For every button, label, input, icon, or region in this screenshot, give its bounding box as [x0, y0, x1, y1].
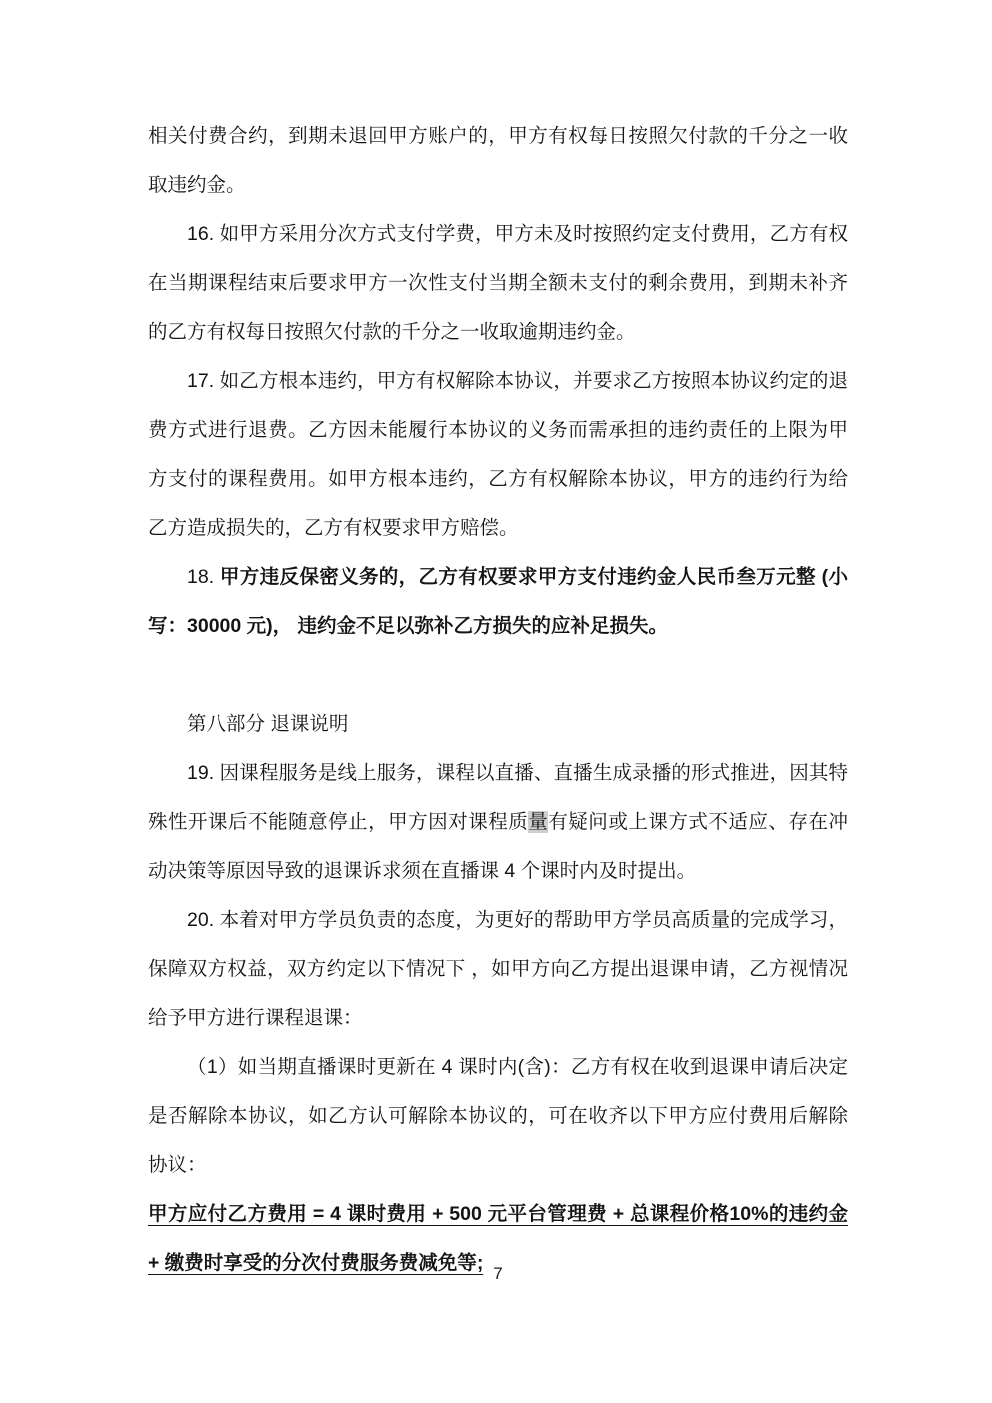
para-16: 16. 如甲方采用分次方式支付学费，甲方未及时按照约定支付费用，乙方有权在当期课…: [148, 210, 848, 357]
para-15-continuation: 相关付费合约，到期未退回甲方账户的，甲方有权每日按照欠付款的千分之一收取违约金。: [148, 112, 848, 210]
text-run: （1）如当期直播课时更新在 4 课时内(含)：乙方有权在收到退课申请后决定是否解…: [148, 1056, 848, 1176]
highlighted-text-run: 量: [528, 811, 548, 833]
text-run: 17. 如乙方根本违约，甲方有权解除本协议，并要求乙方按照本协议约定的退费方式进…: [148, 370, 848, 539]
spacer-line: [148, 651, 848, 700]
text-run: 相关付费合约，到期未退回甲方账户的，甲方有权每日按照欠付款的千分之一收取违约金。: [148, 125, 848, 196]
para-18: 18. 甲方违反保密义务的，乙方有权要求甲方支付违约金人民币叁万元整 (小写：3…: [148, 553, 848, 651]
section-heading-part-8: 第八部分 退课说明: [148, 700, 848, 749]
text-run: 第八部分 退课说明: [187, 713, 348, 735]
para-20: 20. 本着对甲方学员负责的态度，为更好的帮助甲方学员高质量的完成学习，保障双方…: [148, 896, 848, 1043]
text-run: 甲方违反保密义务的，乙方有权要求甲方支付违约金人民币叁万元整 (小写：30000…: [148, 566, 848, 637]
page-number: 7: [493, 1264, 502, 1283]
para-item-1: （1）如当期直播课时更新在 4 课时内(含)：乙方有权在收到退课申请后决定是否解…: [148, 1043, 848, 1190]
text-run: 16. 如甲方采用分次方式支付学费，甲方未及时按照约定支付费用，乙方有权在当期课…: [148, 223, 848, 343]
para-19: 19. 因课程服务是线上服务，课程以直播、直播生成录播的形式推进，因其特殊性开课…: [148, 749, 848, 896]
document-page: 相关付费合约，到期未退回甲方账户的，甲方有权每日按照欠付款的千分之一收取违约金。…: [0, 0, 992, 1403]
page-footer: 7: [148, 1264, 848, 1284]
para-17: 17. 如乙方根本违约，甲方有权解除本协议，并要求乙方按照本协议约定的退费方式进…: [148, 357, 848, 553]
document-body: 相关付费合约，到期未退回甲方账户的，甲方有权每日按照欠付款的千分之一收取违约金。…: [148, 112, 848, 1288]
text-run: 20. 本着对甲方学员负责的态度，为更好的帮助甲方学员高质量的完成学习，保障双方…: [148, 909, 848, 1029]
text-run: 18.: [187, 566, 220, 588]
